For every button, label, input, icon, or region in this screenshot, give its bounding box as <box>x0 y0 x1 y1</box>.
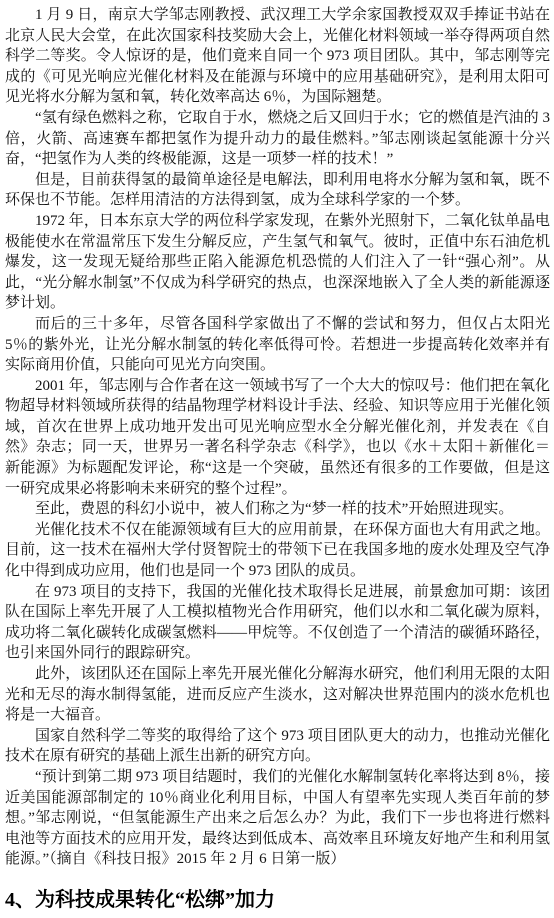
document-page: 1 月 9 日，南京大学邹志刚教授、武汉理工大学余家国教授双双手捧证书站在北京人… <box>0 0 554 918</box>
paragraph-973-photosynthesis: 在 973 项目的支持下，我国的光催化技术取得长足进展，前景愈加可期：该团队在国… <box>5 582 550 664</box>
paragraph-future-goals-citation: “预计到第二期 973 项目结题时，我们的光催化水解制氢转化率将达到 8％，接近… <box>5 767 550 870</box>
paragraph-environmental-applications: 光催化技术不仅在能源领域有巨大的应用前景，在环保方面也大有用武之地。目前，这一技… <box>5 520 550 582</box>
paragraph-electrolysis-limits: 但是，目前获得氢的最简单途径是电解法，即利用电将水分解为氢和氧，既不环保也不节能… <box>5 170 550 211</box>
paragraph-2001-breakthrough: 2001 年，邹志刚与合作者在这一领域书写了一个大大的惊叹号：他们把在氧化物超导… <box>5 376 550 500</box>
paragraph-thirty-years-uv: 而后的三十多年，尽管各国科学家做出了不懈的尝试和努力，但仅占太阳光5％的紫外光，… <box>5 314 550 376</box>
paragraph-1972-discovery: 1972 年，日本东京大学的两位科学家发现，在紫外光照射下，二氧化钛单晶电极能使… <box>5 211 550 314</box>
paragraph-seawater-splitting: 此外，该团队还在国际上率先开展光催化分解海水研究，他们利用无限的太阳光和无尽的海… <box>5 664 550 726</box>
section-heading: 4、为科技成果转化“松绑”加力 <box>5 887 550 913</box>
paragraph-award-ceremony: 1 月 9 日，南京大学邹志刚教授、武汉理工大学余家国教授双双手捧证书站在北京人… <box>5 5 550 108</box>
paragraph-new-research-directions: 国家自然科学二等奖的取得给了这个 973 项目团队更大的动力，也推动光催化技术在… <box>5 726 550 767</box>
paragraph-hydrogen-green-fuel: “氢有绿色燃料之称，它取自于水，燃烧之后又回归于水；它的燃值是汽油的 3 倍，火… <box>5 108 550 170</box>
paragraph-dream-technology: 至此，费恩的科幻小说中，被人们称之为“梦一样的技术”开始照进现实。 <box>5 499 550 520</box>
